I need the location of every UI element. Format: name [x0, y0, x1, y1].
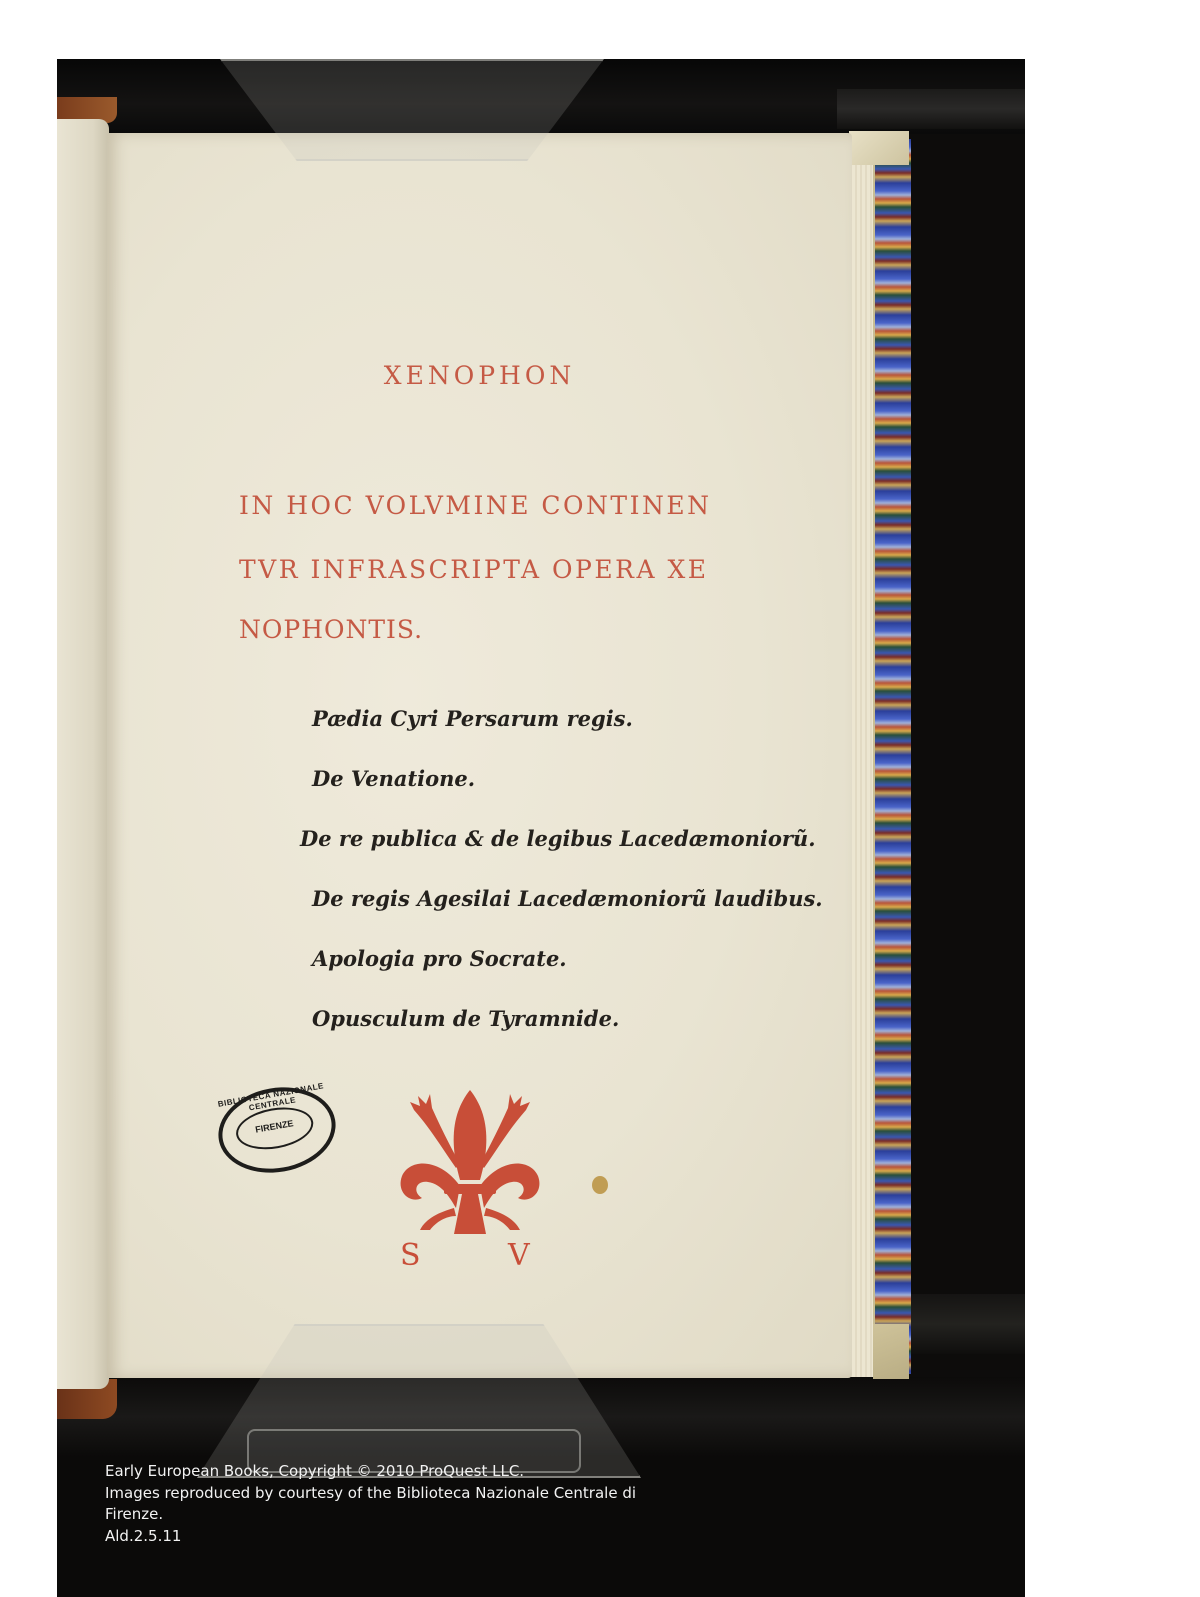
scanner-rail: [837, 89, 1025, 129]
device-letter-s: S: [400, 1238, 421, 1273]
shelfmark: Ald.2.5.11: [105, 1526, 636, 1548]
works-list: Pædia Cyri Persarum regis. De Venatione.…: [312, 705, 823, 1065]
intro-line-2: TVR INFRASCRIPTA OPERA XE: [239, 555, 709, 584]
work-item: De Venatione.: [312, 765, 823, 825]
intro-line-3: NOPHONTIS.: [239, 615, 423, 644]
author-title: XENOPHON: [107, 361, 852, 390]
work-item: Pædia Cyri Persarum regis.: [312, 705, 823, 765]
work-item: Apologia pro Socrate.: [312, 945, 823, 1005]
work-item: Opusculum de Tyramnide.: [312, 1005, 823, 1065]
paper-stain: [592, 1176, 608, 1194]
scan-image: XENOPHON IN HOC VOLVMINE CONTINEN TVR IN…: [57, 59, 1025, 1597]
verso-page-edge: [57, 119, 109, 1389]
cover-corner-bottom: [873, 1324, 909, 1379]
caption-line: Early European Books, Copyright © 2010 P…: [105, 1461, 636, 1483]
fleur-de-lis-icon: S V: [390, 1088, 550, 1278]
copyright-caption: Early European Books, Copyright © 2010 P…: [105, 1461, 636, 1547]
intro-line-1: IN HOC VOLVMINE CONTINEN: [239, 491, 711, 520]
device-letter-v: V: [508, 1238, 530, 1273]
scanner-bed-right: [907, 134, 1025, 1454]
work-item: De regis Agesilai Lacedæmoniorũ laudibus…: [312, 885, 823, 945]
cover-corner-top: [849, 131, 909, 165]
caption-line: Images reproduced by courtesy of the Bib…: [105, 1483, 636, 1505]
work-item: De re publica & de legibus Lacedæmoniorũ…: [300, 825, 823, 885]
fleur-de-lis-svg: [390, 1088, 550, 1238]
scanner-rail-right: [907, 1294, 1025, 1354]
marbled-edge: [873, 139, 911, 1374]
library-stamp-icon: BIBLIOTECA NAZIONALE CENTRALE FIRENZE: [212, 1078, 343, 1181]
stamp-city: FIRENZE: [237, 1115, 312, 1138]
caption-line: Firenze.: [105, 1504, 636, 1526]
title-page: XENOPHON IN HOC VOLVMINE CONTINEN TVR IN…: [107, 133, 852, 1378]
